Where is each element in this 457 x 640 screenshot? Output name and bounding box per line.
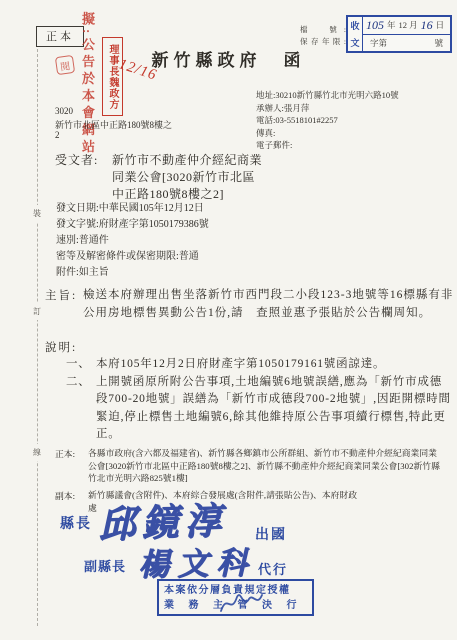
contact-address: 地址:30210新竹縣竹北市光明六路10號 (256, 89, 399, 102)
original-recipients-text: 各縣市政府(含六都及福建省)、新竹縣各鄉鎮市公所群組、新竹市不動產仲介經紀商業同… (88, 447, 444, 485)
explanation-item-2-text: 上開號函原所附公告事項,土地編號6地號誤繕,應為「新竹市成德段700-20地號」… (96, 374, 454, 444)
copy-recipients-label: 副本: (55, 489, 75, 502)
meta-date-value: 中華民國105年12月12日 (99, 203, 204, 214)
meta-row-docno: 發文字號:府財產字第1050179386號 (56, 217, 209, 233)
meta-row-attachment: 附件:如主旨 (56, 265, 209, 281)
explanation-item-1: 一、 本府105年12月2日府財產字第1050179161號函諒達。 (66, 356, 454, 374)
receive-year-unit: 年 (387, 19, 396, 31)
meta-attachment-label: 附件: (56, 267, 79, 278)
receive-day-handwritten: 16 (421, 18, 433, 33)
binding-dashed-line (37, 34, 38, 626)
receive-day-unit: 日 (436, 19, 445, 31)
recipient-mailing-address-line1: 新竹市北區中正路180號8樓之 (55, 118, 172, 131)
recipient-postal-code: 3020 (55, 106, 73, 116)
scanned-official-letter: 裝 訂 線 正本 擬:公告於本會網站 閱 理事長魏政方 12/16 檔 號: 保… (0, 0, 457, 640)
meta-attachment-value: 如主旨 (79, 267, 109, 278)
explanation-items: 一、 本府105年12月2日府財產字第1050179161號函諒達。 二、 上開… (66, 356, 454, 444)
original-recipients-label: 正本: (55, 447, 75, 460)
contact-fax: 傳真: (256, 127, 399, 140)
recipient-mailing-address-line2: 2 (55, 130, 60, 140)
binding-mark-zhuang: 裝 (32, 205, 42, 222)
meta-date-label: 發文日期: (56, 203, 99, 214)
meta-row-secrecy: 密等及解密條件或保密期限:普通 (56, 249, 209, 265)
explanation-label: 說明: (45, 339, 77, 355)
meta-docno-value: 府財產字第1050179386號 (99, 219, 209, 230)
copy-type-stamp: 正本 (36, 26, 84, 47)
binding-mark-xian: 線 (32, 444, 42, 461)
authorization-stamp: 本案依分層負責規定授權 業 務 主 管 決 行 (157, 579, 314, 616)
meta-speed-label: 速別: (56, 235, 79, 246)
subject-label: 主旨: (45, 287, 77, 303)
meta-docno-label: 發文字號: (56, 219, 99, 230)
recipient-name-line2: 同業公會[3020新竹市北區 (112, 168, 255, 185)
deputy-magistrate-title: 副縣長 (84, 556, 126, 575)
file-no-label: 檔 號: (300, 24, 346, 36)
subject-text: 檢送本府辦理出售坐落新竹市西門段二小段123-3地號等16標縣有非公用房地標售異… (83, 287, 455, 322)
document-meta: 發文日期:中華民國105年12月12日 發文字號:府財產字第1050179386… (56, 201, 209, 281)
deputy-magistrate-signature-stamp: 楊文科 (138, 537, 256, 584)
meta-speed-value: 普通件 (79, 235, 109, 246)
document-title: 新竹縣政府 函 (0, 46, 457, 71)
deputy-status-note: 代行 (258, 559, 288, 578)
receive-year-handwritten: 105 (366, 18, 384, 33)
contact-block: 地址:30210新竹縣竹北市光明六路10號 承辦人:張月萍 電話:03-5518… (256, 89, 399, 152)
magistrate-title: 縣長 (60, 513, 92, 533)
contact-phone: 電話:03-5518101#2257 (256, 114, 399, 127)
recipient-name-line1: 新竹市不動產仲介經紀商業 (112, 151, 262, 168)
meta-row-date: 發文日期:中華民國105年12月12日 (56, 201, 209, 217)
explanation-item-2: 二、 上開號函原所附公告事項,土地編號6地號誤繕,應為「新竹市成德段700-20… (66, 374, 454, 444)
magistrate-status-note: 出國 (255, 524, 287, 544)
contact-email: 電子郵件: (256, 139, 399, 152)
meta-row-speed: 速別:普通件 (56, 233, 209, 249)
recipient-label: 受文者: (55, 151, 98, 168)
receive-char-shou: 收 (350, 19, 359, 32)
receive-month: 12 月 (399, 19, 418, 31)
approver-signature (217, 589, 265, 617)
receive-date-row: 105 年 12 月 16 日 (363, 17, 450, 35)
meta-secrecy-value: 普通 (179, 251, 199, 262)
contact-person: 承辦人:張月萍 (256, 102, 399, 115)
explanation-item-1-text: 本府105年12月2日府財產字第1050179161號函諒達。 (96, 356, 454, 374)
recipient-name-line3: 中正路180號8樓之2] (112, 185, 224, 202)
explanation-item-1-number: 一、 (66, 356, 96, 374)
binding-mark-ding: 訂 (32, 303, 42, 320)
meta-secrecy-label: 密等及解密條件或保密期限: (56, 251, 179, 262)
archive-labels: 檔 號: 保存年限: (300, 24, 346, 48)
explanation-item-2-number: 二、 (66, 374, 96, 444)
